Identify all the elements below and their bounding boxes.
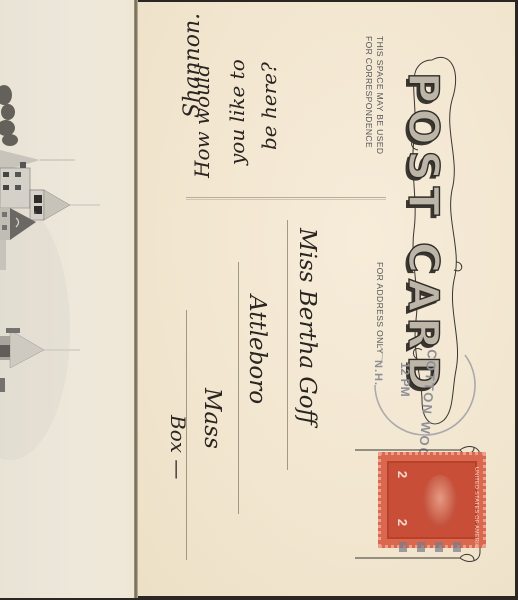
building-illustration — [0, 0, 134, 598]
address-line-1 — [287, 220, 288, 470]
address-box: Box — — [166, 415, 190, 479]
section-divider-shadow — [186, 199, 386, 200]
correspondence-label-line2: FOR CORRESPONDENCE — [363, 36, 374, 154]
postmark-time: 12 PM — [398, 362, 412, 397]
message-signature: Shannon. — [180, 13, 205, 118]
postage-stamp: 2 2 UNITED STATES OF AMERICA — [378, 452, 486, 548]
message-line-2: you like to — [225, 59, 249, 165]
postcard-scan: THIS SPACE MAY BE USED FOR CORRESPONDENC… — [0, 0, 518, 600]
postcard-front-panel — [0, 0, 134, 598]
message-line-3: be here? — [257, 62, 281, 150]
postmark-state: N.H. — [372, 360, 384, 386]
stamp-frame: 2 2 UNITED STATES OF AMERICA — [387, 461, 477, 539]
address-city: Attleboro — [244, 295, 270, 404]
stamp-denomination-bottom: 2 — [395, 519, 410, 526]
correspondence-label-line1: THIS SPACE MAY BE USED — [374, 36, 385, 154]
stamp-denomination-top: 2 — [395, 471, 410, 478]
address-state: Mass — [199, 388, 225, 449]
address-line-2 — [238, 262, 239, 514]
stamp-portrait-icon — [423, 475, 457, 527]
correspondence-label: THIS SPACE MAY BE USED FOR CORRESPONDENC… — [363, 36, 385, 154]
address-name: Miss Bertha Goff — [294, 228, 320, 425]
cancellation-bars — [395, 540, 485, 556]
section-divider — [186, 197, 386, 198]
